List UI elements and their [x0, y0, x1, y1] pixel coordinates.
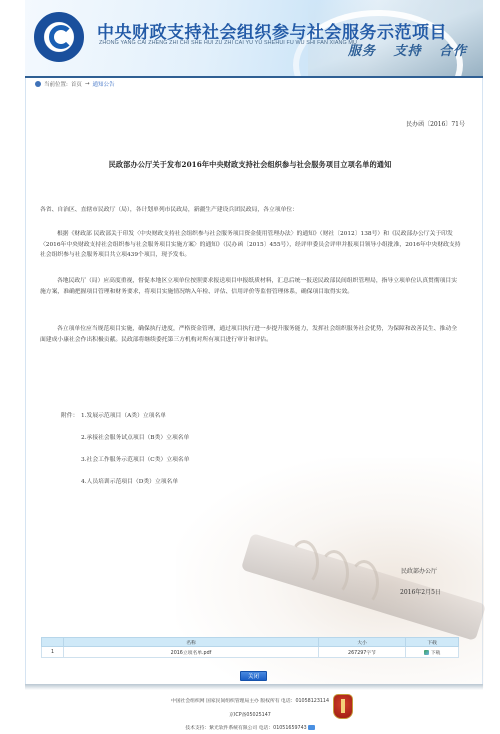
- breadcrumb: 当前位置: 首页 → 通知公告: [35, 80, 115, 88]
- close-button[interactable]: 关闭: [240, 671, 267, 681]
- breadcrumb-label: 当前位置:: [44, 80, 68, 88]
- breadcrumb-arrow-icon: →: [85, 81, 90, 87]
- mail-icon[interactable]: [308, 725, 315, 730]
- document-paragraph: 各地民政厅（局）应高度重视，督促本地区立项单位按照要求报送项目申报纸质材料，汇总…: [40, 276, 462, 297]
- slogan-word: 合作: [439, 44, 467, 59]
- slogan: 服务 支持 合作: [336, 40, 467, 59]
- attachment-files-table: 名称 大小 下载 1 2016立项名单.pdf 267297字节 下载: [41, 637, 459, 658]
- document-number: 民办函〔2016〕71号: [406, 119, 465, 128]
- binder-ring-decoration: [289, 540, 319, 586]
- document-paragraph: 各立项单位应当规范项目实施，确保执行进度，严格资金管理，通过项目执行进一步提升服…: [40, 324, 462, 345]
- document-signer: 民政部办公厅: [401, 566, 437, 575]
- breadcrumb-current[interactable]: 通知公告: [92, 80, 114, 88]
- download-link[interactable]: 下载: [406, 647, 459, 658]
- footer-copyright: 中国社会组织网 国家民间组织管理局主办 版权所有 电话：01058123114: [0, 697, 500, 704]
- file-name: 2016立项名单.pdf: [64, 647, 319, 658]
- attachment-item: 1.发展示范项目（A类）立项名单: [81, 410, 166, 419]
- document-title: 民政部办公厅关于发布2016年中央财政支持社会组织参与社会服务项目立项名单的通知: [0, 160, 500, 170]
- attachment-item: 2.承接社会服务试点项目（B类）立项名单: [81, 432, 189, 441]
- breadcrumb-home[interactable]: 首页: [71, 80, 82, 88]
- document-date: 2016年2月5日: [400, 587, 441, 596]
- site-logo: [34, 12, 84, 62]
- site-pinyin: ZHONG YANG CAI ZHENG ZHI CHI SHE HUI ZU …: [99, 40, 357, 46]
- document-paragraph: 根据《财政部 民政部关于印发〈中央财政支持社会组织参与社会服务项目资金使用管理办…: [40, 229, 462, 261]
- footer-icp[interactable]: 京ICP备05025147: [0, 711, 500, 718]
- table-header-row: 名称 大小 下载: [42, 638, 459, 647]
- document-salutation: 各省、自治区、直辖市民政厅（局），各计划单列市民政局，新疆生产建设兵团民政局，各…: [40, 205, 462, 216]
- attachment-item: 4.人员培训示范项目（D类）立项名单: [81, 476, 178, 485]
- column-header-name: 名称: [64, 638, 319, 647]
- footer-tech-support: 技术支持：紫光软件系统有限公司 电话：01051659743: [0, 724, 500, 731]
- location-icon: [35, 81, 41, 87]
- column-header-index: [42, 638, 64, 647]
- binder-ring-decoration: [319, 550, 349, 596]
- table-row: 1 2016立项名单.pdf 267297字节 下载: [42, 647, 459, 658]
- site-header: 中央财政支持社会组织参与社会服务示范项目 ZHONG YANG CAI ZHEN…: [25, 0, 483, 76]
- row-index: 1: [42, 647, 64, 658]
- column-header-size: 大小: [319, 638, 406, 647]
- slogan-word: 支持: [393, 44, 421, 59]
- download-label[interactable]: 下载: [431, 651, 441, 656]
- attachments-label: 附件：: [61, 410, 78, 419]
- logo-emblem-icon: [49, 25, 73, 49]
- binder-ring-decoration: [349, 560, 379, 606]
- column-header-download: 下载: [406, 638, 459, 647]
- government-badge-icon[interactable]: [333, 694, 353, 719]
- file-size: 267297字节: [319, 647, 406, 658]
- footer-divider: [25, 684, 483, 690]
- footer-tech-support-text: 技术支持：紫光软件系统有限公司 电话：01051659743: [185, 726, 306, 731]
- download-icon: [424, 650, 429, 655]
- attachment-item: 3.社会工作服务示范项目（C类）立项名单: [81, 454, 190, 463]
- slogan-word: 服务: [348, 44, 376, 59]
